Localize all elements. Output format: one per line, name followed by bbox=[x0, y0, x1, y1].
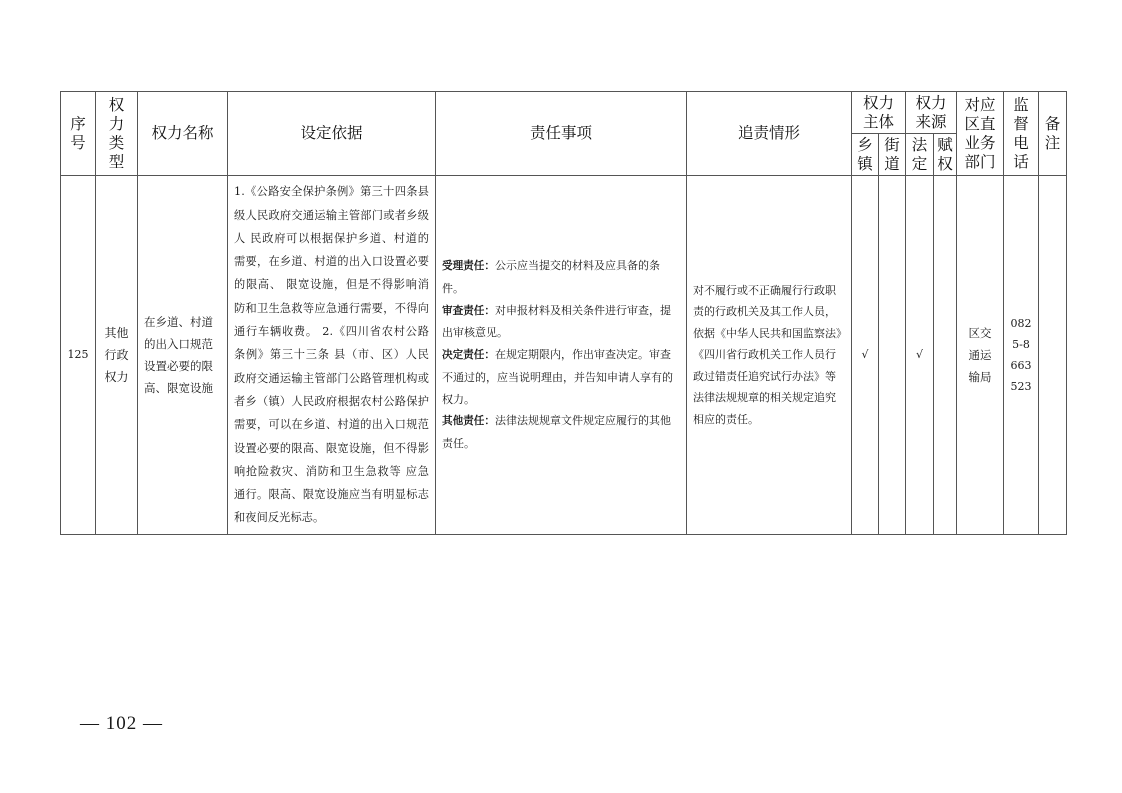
responsibility-item: 审查责任：对申报材料及相关条件进行审查，提出审核意见。 bbox=[442, 300, 680, 345]
header-text: 序 bbox=[61, 115, 95, 134]
cell-text: 通运 bbox=[957, 344, 1003, 366]
header-statutory: 法 定 bbox=[906, 134, 934, 176]
header-phone: 监 督 电 话 bbox=[1004, 92, 1039, 176]
cell-power-type: 其他 行政 权力 bbox=[96, 176, 138, 535]
cell-power-name: 在乡道、村道的出入口规范设置必要的限高、限宽设施 bbox=[138, 176, 228, 535]
cell-remark bbox=[1039, 176, 1067, 535]
cell-text: 663 bbox=[1004, 355, 1038, 376]
cell-text: 523 bbox=[1004, 376, 1038, 397]
cell-statutory-check: √ bbox=[906, 176, 934, 535]
header-text: 型 bbox=[96, 153, 137, 172]
header-text: 权力 bbox=[906, 94, 956, 113]
header-text: 来源 bbox=[906, 113, 956, 132]
cell-text: 行政 bbox=[96, 344, 137, 366]
header-text: 权力 bbox=[852, 94, 905, 113]
cell-phone: 082 5-8 663 523 bbox=[1004, 176, 1039, 535]
header-delegated: 赋 权 bbox=[934, 134, 957, 176]
responsibility-label: 审查责任： bbox=[442, 305, 495, 317]
header-text: 督 bbox=[1004, 115, 1038, 134]
cell-township-check: √ bbox=[852, 176, 879, 535]
header-text: 权 bbox=[96, 96, 137, 115]
cell-text: 区交 bbox=[957, 322, 1003, 344]
header-dept: 对应 区直 业务 部门 bbox=[957, 92, 1004, 176]
responsibility-label: 受理责任： bbox=[442, 260, 495, 272]
cell-text: 082 bbox=[1004, 313, 1038, 334]
cell-text: 输局 bbox=[957, 366, 1003, 388]
header-text: 街 bbox=[879, 136, 905, 155]
cell-street-check bbox=[879, 176, 906, 535]
header-township: 乡 镇 bbox=[852, 134, 879, 176]
header-power-type: 权 力 类 型 bbox=[96, 92, 138, 176]
responsibility-label: 其他责任： bbox=[442, 415, 495, 427]
cell-delegated-check bbox=[934, 176, 957, 535]
header-text: 注 bbox=[1039, 134, 1066, 153]
header-text: 对应 bbox=[957, 96, 1003, 115]
cell-basis: 1.《公路安全保护条例》第三十四条县级人民政府交通运输主管部门或者乡级人 民政府… bbox=[228, 176, 436, 535]
header-power-source: 权力 来源 bbox=[906, 92, 957, 134]
header-text: 镇 bbox=[852, 155, 878, 174]
responsibility-label: 决定责任： bbox=[442, 349, 495, 361]
header-text: 话 bbox=[1004, 153, 1038, 172]
cell-accountability: 对不履行或不正确履行行政职责的行政机关及其工作人员，依据《中华人民共和国监察法》… bbox=[687, 176, 852, 535]
header-text: 道 bbox=[879, 155, 905, 174]
cell-text: 5-8 bbox=[1004, 334, 1038, 355]
header-remark: 备 注 bbox=[1039, 92, 1067, 176]
header-text: 区直 bbox=[957, 115, 1003, 134]
header-text: 类 bbox=[96, 134, 137, 153]
header-power-name: 权力名称 bbox=[138, 92, 228, 176]
header-power-subject: 权力 主体 bbox=[852, 92, 906, 134]
responsibility-item: 决定责任：在规定期限内，作出审查决定。审查不通过的，应当说明理由，并告知申请人享… bbox=[442, 344, 680, 410]
header-responsibility: 责任事项 bbox=[436, 92, 687, 176]
header-street: 街 道 bbox=[879, 134, 906, 176]
page-number: — 102 — bbox=[80, 713, 163, 735]
header-text: 主体 bbox=[852, 113, 905, 132]
cell-text: 权力 bbox=[96, 366, 137, 388]
header-text: 法 bbox=[906, 136, 933, 155]
cell-dept: 区交 通运 输局 bbox=[957, 176, 1004, 535]
header-text: 监 bbox=[1004, 96, 1038, 115]
header-text: 电 bbox=[1004, 134, 1038, 153]
cell-responsibility: 受理责任：公示应当提交的材料及应具备的条件。 审查责任：对申报材料及相关条件进行… bbox=[436, 176, 687, 535]
cell-seq: 125 bbox=[61, 176, 96, 535]
header-text: 部门 bbox=[957, 153, 1003, 172]
header-seq: 序 号 bbox=[61, 92, 96, 176]
responsibility-item: 受理责任：公示应当提交的材料及应具备的条件。 bbox=[442, 255, 680, 300]
header-text: 赋 bbox=[934, 136, 956, 155]
header-text: 权 bbox=[934, 155, 956, 174]
header-text: 业务 bbox=[957, 134, 1003, 153]
header-text: 备 bbox=[1039, 115, 1066, 134]
header-text: 乡 bbox=[852, 136, 878, 155]
cell-text: 其他 bbox=[96, 322, 137, 344]
header-text: 号 bbox=[61, 134, 95, 153]
power-list-table: 序 号 权 力 类 型 权力名称 设定依据 责任事项 追责情形 权力 主体 权力… bbox=[60, 91, 1067, 535]
header-text: 定 bbox=[906, 155, 933, 174]
header-accountability: 追责情形 bbox=[687, 92, 852, 176]
header-text: 力 bbox=[96, 115, 137, 134]
header-basis: 设定依据 bbox=[228, 92, 436, 176]
table-row: 125 其他 行政 权力 在乡道、村道的出入口规范设置必要的限高、限宽设施 1.… bbox=[61, 176, 1067, 535]
responsibility-item: 其他责任：法律法规规章文件规定应履行的其他责任。 bbox=[442, 410, 680, 455]
